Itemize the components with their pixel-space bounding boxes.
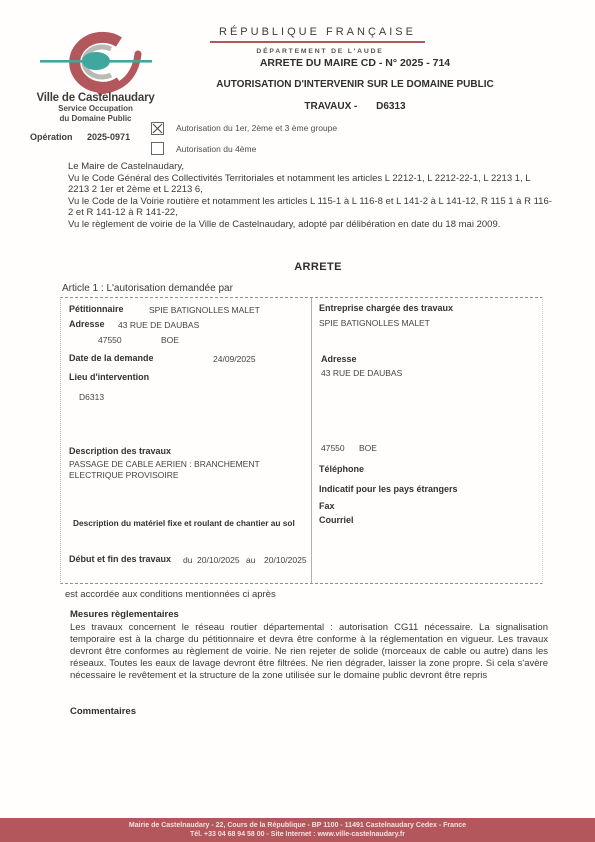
au-label: au: [246, 555, 255, 565]
castelnaudary-logo-icon: [40, 30, 152, 96]
petitionnaire-label: Pétitionnaire: [69, 304, 124, 314]
date-demande-label: Date de la demande: [69, 353, 154, 363]
preamble-line-1: Le Maire de Castelnaudary,: [68, 161, 552, 173]
lieu-intervention-value: D6313: [79, 392, 104, 402]
preamble: Le Maire de Castelnaudary, Vu le Code Gé…: [68, 161, 552, 231]
commentaires-heading: Commentaires: [70, 706, 136, 717]
service-line-1: Service Occupation: [18, 104, 173, 114]
date-debut-value: 20/10/2025: [197, 555, 240, 565]
adresse-label: Adresse: [69, 319, 105, 329]
adresse-value: 43 RUE DE DAUBAS: [118, 320, 199, 330]
x-mark-icon: [152, 123, 163, 134]
entreprise-label: Entreprise chargée des travaux: [319, 303, 453, 313]
entreprise-adresse-label: Adresse: [321, 354, 357, 364]
checkbox-groupe-1-2-3-label: Autorisation du 1er, 2ème et 3 ème group…: [176, 123, 337, 133]
fax-label: Fax: [319, 501, 335, 511]
adresse-ville: BOE: [161, 335, 179, 345]
entreprise-adresse-cp: 47550: [321, 443, 345, 453]
arrete-number-line: ARRETE DU MAIRE CD - N° 2025 - 714: [180, 57, 530, 69]
date-fin-value: 20/10/2025: [264, 555, 307, 565]
adresse-cp: 47550: [98, 335, 122, 345]
footer-band: Mairie de Castelnaudary - 22, Cours de l…: [0, 818, 595, 842]
travaux-line: TRAVAUX - D6313: [155, 101, 555, 112]
preamble-line-4: Vu le règlement de voirie de la Ville de…: [68, 219, 552, 231]
lieu-intervention-label: Lieu d'intervention: [69, 372, 149, 382]
courriel-label: Courriel: [319, 515, 354, 525]
description-travaux-label: Description des travaux: [69, 446, 171, 456]
service-line-2: du Domaine Public: [18, 114, 173, 124]
indicatif-label: Indicatif pour les pays étrangers: [319, 484, 458, 494]
date-demande-value: 24/09/2025: [213, 354, 256, 364]
operation-line: Opération 2025-0971: [18, 132, 173, 142]
checkbox-groupe-4-label: Autorisation du 4ème: [176, 144, 256, 154]
document-page: Ville de Castelnaudary Service Occupatio…: [0, 0, 595, 842]
authorization-title: AUTORISATION D'INTERVENIR SUR LE DOMAINE…: [155, 79, 555, 90]
description-materiel-label: Description du matériel fixe et roulant …: [73, 518, 295, 528]
footer-address-line: Mairie de Castelnaudary - 22, Cours de l…: [0, 821, 595, 830]
telephone-label: Téléphone: [319, 464, 364, 474]
article-1-table: Pétitionnaire SPIE BATIGNOLLES MALET Adr…: [60, 297, 543, 584]
petitionnaire-value: SPIE BATIGNOLLES MALET: [149, 305, 260, 315]
mesures-body: Les travaux concernent le réseau routier…: [70, 622, 548, 682]
debut-fin-label: Début et fin des travaux: [69, 554, 171, 564]
operation-label: Opération: [30, 132, 73, 142]
republique-title: RÉPUBLIQUE FRANÇAISE: [210, 26, 425, 43]
org-name: Ville de Castelnaudary: [18, 92, 173, 104]
preamble-line-2: Vu le Code Général des Collectivités Ter…: [68, 173, 552, 196]
travaux-reference: D6313: [376, 101, 405, 112]
du-label: du: [183, 555, 192, 565]
entreprise-adresse-ville: BOE: [359, 443, 377, 453]
table-column-divider: [311, 298, 312, 583]
mesures-heading: Mesures règlementaires: [70, 609, 179, 620]
checkbox-groupe-1-2-3[interactable]: [151, 122, 164, 135]
entreprise-value: SPIE BATIGNOLLES MALET: [319, 318, 430, 328]
operation-number: 2025-0971: [87, 132, 130, 142]
entreprise-adresse-value: 43 RUE DE DAUBAS: [321, 368, 402, 378]
travaux-label: TRAVAUX -: [304, 101, 357, 112]
departement-subtitle: DÉPARTEMENT DE L'AUDE: [235, 48, 405, 55]
preamble-line-3: Vu le Code de la Voirie routière et nota…: [68, 196, 552, 219]
article-1-heading: Article 1 : L'autorisation demandée par: [62, 283, 233, 294]
checkbox-groupe-4[interactable]: [151, 142, 164, 155]
description-travaux-value: PASSAGE DE CABLE AERIEN : BRANCHEMENT EL…: [69, 459, 307, 480]
est-accordee-line: est accordée aux conditions mentionnées …: [65, 589, 276, 600]
footer-contact-line: Tél. +33 04 68 94 58 00 - Site Internet …: [0, 830, 595, 839]
arrete-title: ARRETE: [118, 261, 518, 273]
city-logo-block: Ville de Castelnaudary Service Occupatio…: [18, 30, 173, 142]
